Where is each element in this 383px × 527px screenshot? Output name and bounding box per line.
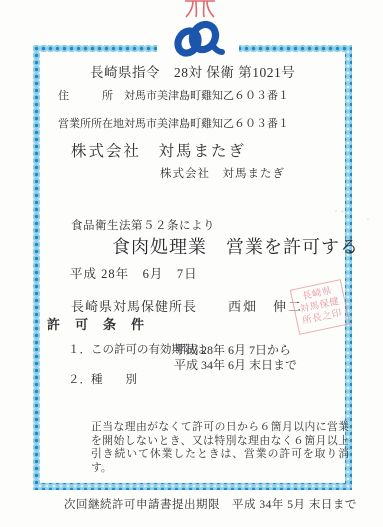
issue-date: 平成 28年 6月 7日: [70, 264, 198, 282]
directive-number: 長崎県指令 28対 保衛 第1021号: [90, 61, 295, 81]
scan-artifact: ･: [366, 214, 370, 225]
conditions-heading: 許 可 条 件: [47, 314, 145, 333]
office-address-row: 営業所所在地 対馬市美津島町雞知乙６０３番１: [58, 115, 289, 131]
cutoff-red-stamp-mark: [183, 0, 217, 18]
address-label: 住 所: [58, 87, 124, 103]
cancellation-notice: 正当な理由がなくて許可の日から６箇月以内に営業を開始しないとき、又は特別な理由な…: [91, 421, 349, 475]
company-name-main: 株式会社 対馬またぎ: [71, 139, 246, 161]
company-name-sub: 株式会社 対馬またぎ: [160, 165, 285, 181]
scan-artifact: ･ +: [334, 206, 345, 217]
issuer-title: 長崎県対馬保健所長: [71, 296, 197, 315]
address-value: 対馬市美津島町雞知乙６０３番１: [124, 87, 289, 103]
law-reference: 食品衛生法第５２条により: [71, 217, 215, 233]
condition-2-category: ２．種 別: [68, 371, 137, 387]
nagasaki-prefecture-logo-icon: [168, 20, 226, 58]
renewal-deadline: 次回継続許可申請書提出期限 平成 34年 5月 末日まで: [64, 496, 357, 512]
office-address-value: 対馬市美津島町雞知乙６０３番１: [124, 115, 289, 131]
permit-grant-statement: 食肉処理業 営業を許可する: [112, 233, 359, 259]
condition-1-valid-until: 平成 34年 6月 末日まで: [174, 356, 297, 373]
office-address-label: 営業所所在地: [58, 115, 124, 131]
address-row: 住 所 対馬市美津島町雞知乙６０３番１: [58, 87, 289, 103]
